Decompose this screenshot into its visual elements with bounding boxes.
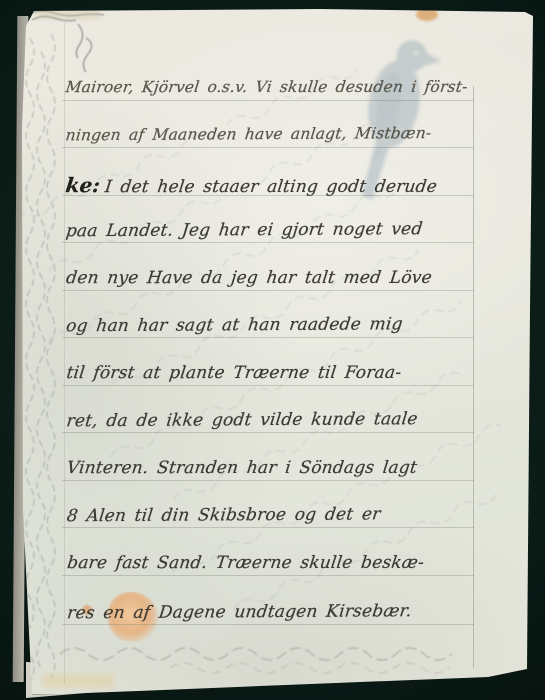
handwritten-line: bare fast Sand. Træerne skulle beskæ-	[65, 553, 500, 580]
line-text: Vinteren. Stranden har i Söndags lagt	[66, 458, 419, 478]
line-bold-start: ke:	[64, 173, 101, 197]
handwritten-line: paa Landet. Jeg har ei gjort noget ved	[64, 219, 499, 249]
handwritten-line: ret, da de ikke godt vilde kunde taale	[65, 409, 500, 439]
handwritten-line: ningen af Maaneden have anlagt, Mistbæn-	[64, 124, 499, 154]
handwritten-line: til först at plante Træerne til Foraa-	[65, 363, 500, 390]
handwritten-line: og han har sagt at han raadede mig	[64, 314, 499, 344]
handwritten-line: Vinteren. Stranden har i Söndags lagt	[65, 458, 500, 485]
handwritten-line: Mairoer, Kjörvel o.s.v. Vi skulle desude…	[64, 78, 499, 105]
line-text: til först at plante Træerne til Foraa-	[65, 363, 402, 383]
line-text: paa Landet. Jeg har ei gjort noget ved	[65, 219, 424, 241]
line-text: den nye Have da jeg har talt med Löve	[65, 268, 433, 288]
line-text: bare fast Sand. Træerne skulle beskæ-	[66, 553, 425, 573]
line-text: og han har sagt at han raadede mig	[65, 314, 404, 336]
line-text: ningen af Maaneden have anlagt, Mistbæn-	[65, 124, 433, 144]
handwritten-line: 8 Alen til din Skibsbroe og det er	[65, 504, 500, 534]
handwritten-line: res en af Dagene undtagen Kirsebær.	[65, 601, 500, 631]
line-text: 8 Alen til din Skibsbroe og det er	[66, 504, 382, 526]
scan-background: Mairoer, Kjörvel o.s.v. Vi skulle desude…	[0, 0, 545, 700]
letter-page: Mairoer, Kjörvel o.s.v. Vi skulle desude…	[20, 8, 534, 694]
line-text: Mairoer, Kjörvel o.s.v. Vi skulle desude…	[65, 78, 469, 96]
handwriting-layer: Mairoer, Kjörvel o.s.v. Vi skulle desude…	[19, 7, 535, 695]
line-text: res en af Dagene undtagen Kirsebær.	[66, 601, 413, 623]
line-text: ret, da de ikke godt vilde kunde taale	[65, 409, 418, 431]
handwritten-line: ke:I det hele staaer alting godt derude	[64, 173, 499, 200]
handwritten-line: den nye Have da jeg har talt med Löve	[64, 268, 499, 295]
line-text: I det hele staaer alting godt derude	[104, 177, 438, 197]
